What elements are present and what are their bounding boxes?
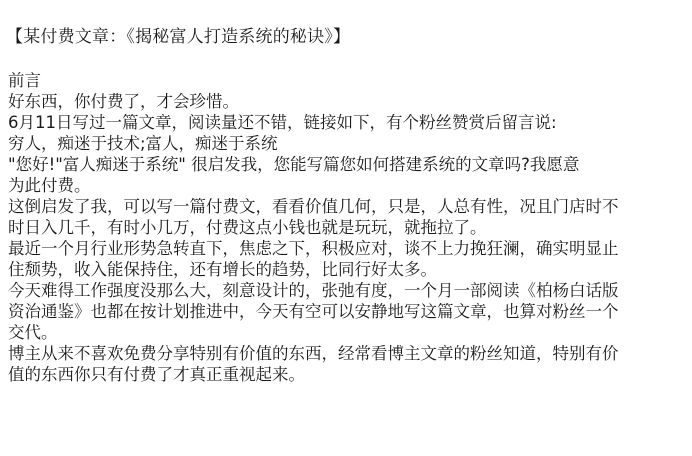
text-line: 最近一个月行业形势急转直下，焦虑之下，积极应对，谈不上力挽狂澜，确实明显止 xyxy=(8,238,688,259)
text-line: 资治通鉴》也都在按计划推进中，今天有空可以安静地写这篇文章，也算对粉丝一个 xyxy=(8,301,688,322)
text-line: 穷人，痴迷于技术;富人，痴迷于系统 xyxy=(8,133,688,154)
text-line: 交代。 xyxy=(8,322,688,343)
text-line: "您好!"富人痴迷于系统" 很启发我，您能写篇您如何搭建系统的文章吗?我愿意 xyxy=(8,154,688,175)
article-page: 【某付费文章：《揭秘富人打造系统的秘诀》】 前言 好东西，你付费了，才会珍惜。 … xyxy=(0,0,692,456)
article-title: 【某付费文章：《揭秘富人打造系统的秘诀》】 xyxy=(6,26,350,48)
text-line: 好东西，你付费了，才会珍惜。 xyxy=(8,91,688,112)
text-line: 时日入几千，有时小几万，付费这点小钱也就是玩玩，就拖拉了。 xyxy=(8,217,688,238)
text-line: 今天难得工作强度没那么大，刻意设计的，张弛有度，一个月一部阅读《柏杨白话版 xyxy=(8,280,688,301)
text-line: 6月11日写过一篇文章，阅读量还不错，链接如下，有个粉丝赞赏后留言说: xyxy=(8,112,688,133)
text-line: 博主从来不喜欢免费分享特别有价值的东西，经常看博主文章的粉丝知道，特别有价 xyxy=(8,343,688,364)
text-line: 这倒启发了我，可以写一篇付费文，看看价值几何，只是，人总有性，况且门店时不 xyxy=(8,196,688,217)
heading-preface: 前言 xyxy=(8,70,688,91)
article-body: 前言 好东西，你付费了，才会珍惜。 6月11日写过一篇文章，阅读量还不错，链接如… xyxy=(8,70,688,385)
text-line: 住颓势，收入能保持住，还有增长的趋势，比同行好太多。 xyxy=(8,259,688,280)
text-line: 值的东西你只有付费了才真正重视起来。 xyxy=(8,364,688,385)
text-line: 为此付费。 xyxy=(8,175,688,196)
